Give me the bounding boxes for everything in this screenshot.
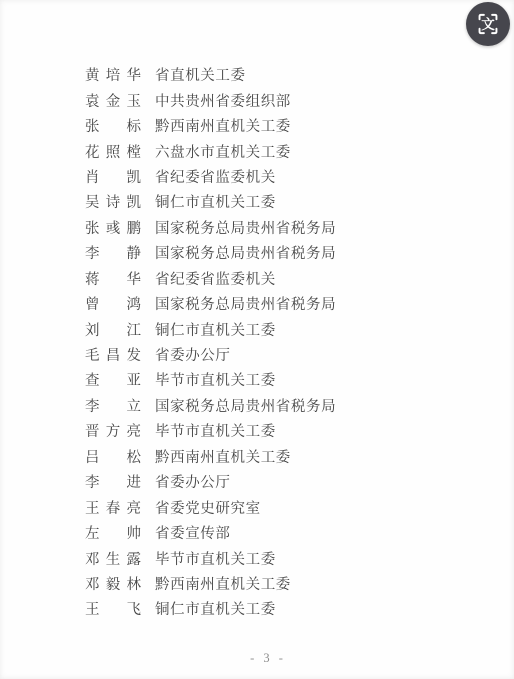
person-name-char: 生 bbox=[106, 548, 121, 569]
person-org: 省直机关工委 bbox=[155, 64, 246, 85]
person-org: 铜仁市直机关工委 bbox=[155, 319, 276, 340]
person-name: 邓生露 bbox=[85, 548, 141, 569]
person-name: 蒋华 bbox=[85, 268, 141, 289]
person-name-char: 亮 bbox=[127, 420, 142, 441]
list-item: 张彧鹏 国家税务总局贵州省税务局 bbox=[85, 215, 504, 240]
list-item: 邓生露 毕节市直机关工委 bbox=[85, 545, 504, 570]
person-name: 李进 bbox=[85, 471, 141, 492]
person-name-char: 毅 bbox=[106, 573, 121, 594]
person-org: 毕节市直机关工委 bbox=[155, 369, 276, 390]
person-name-char: 凯 bbox=[127, 166, 142, 187]
name-list: 黄培华 省直机关工委 袁金玉 中共贵州省委组织部 张标 黔西南州直机关工委 花照… bbox=[85, 62, 504, 622]
person-name-char: 华 bbox=[127, 64, 142, 85]
person-name-char: 亮 bbox=[127, 497, 142, 518]
person-name: 左帅 bbox=[85, 522, 141, 543]
person-name-char: 左 bbox=[85, 522, 100, 543]
person-name-char: 发 bbox=[127, 344, 142, 365]
person-name: 查亚 bbox=[85, 369, 141, 390]
person-name-char: 照 bbox=[106, 141, 121, 162]
person-name-char: 李 bbox=[85, 471, 100, 492]
person-name-char: 邓 bbox=[85, 548, 100, 569]
person-name-char: 松 bbox=[127, 446, 142, 467]
list-item: 李立 国家税务总局贵州省税务局 bbox=[85, 393, 504, 418]
person-name-char: 玉 bbox=[127, 90, 142, 111]
person-org: 省委办公厅 bbox=[155, 344, 231, 365]
person-name: 李立 bbox=[85, 395, 141, 416]
person-name-char: 吕 bbox=[85, 446, 100, 467]
person-name: 刘江 bbox=[85, 319, 141, 340]
person-name-char: 刘 bbox=[85, 319, 100, 340]
person-name-char: 江 bbox=[127, 319, 142, 340]
person-name: 肖凯 bbox=[85, 166, 141, 187]
person-org: 六盘水市直机关工委 bbox=[155, 141, 291, 162]
person-name: 黄培华 bbox=[85, 64, 141, 85]
ocr-text-icon: 文 bbox=[475, 11, 501, 37]
person-name-char: 蒋 bbox=[85, 268, 100, 289]
list-item: 肖凯 省纪委省监委机关 bbox=[85, 164, 504, 189]
person-name-char: 立 bbox=[127, 395, 142, 416]
list-item: 王春亮 省委党史研究室 bbox=[85, 494, 504, 519]
person-name-char: 花 bbox=[85, 141, 100, 162]
list-item: 李静 国家税务总局贵州省税务局 bbox=[85, 240, 504, 265]
person-org: 黔西南州直机关工委 bbox=[155, 446, 291, 467]
person-name-char: 金 bbox=[106, 90, 121, 111]
person-name-char: 毛 bbox=[85, 344, 100, 365]
person-org: 省委办公厅 bbox=[155, 471, 231, 492]
person-org: 毕节市直机关工委 bbox=[155, 420, 276, 441]
page-number: - 3 - bbox=[11, 651, 514, 666]
person-name-char: 鹏 bbox=[127, 217, 142, 238]
document-page: 文 黄培华 省直机关工委 袁金玉 中共贵州省委组织部 张标 黔西南州直机关工委 … bbox=[0, 0, 514, 679]
person-name: 吕松 bbox=[85, 446, 141, 467]
person-name: 李静 bbox=[85, 242, 141, 263]
person-name: 张标 bbox=[85, 115, 141, 136]
person-org: 铜仁市直机关工委 bbox=[155, 191, 276, 212]
list-item: 查亚 毕节市直机关工委 bbox=[85, 367, 504, 392]
person-name-char: 黄 bbox=[85, 64, 100, 85]
person-name-char: 方 bbox=[106, 420, 121, 441]
list-item: 邓毅林 黔西南州直机关工委 bbox=[85, 571, 504, 596]
person-org: 中共贵州省委组织部 bbox=[155, 90, 291, 111]
list-item: 袁金玉 中共贵州省委组织部 bbox=[85, 87, 504, 112]
person-name-char: 凯 bbox=[127, 191, 142, 212]
person-name-char: 邓 bbox=[85, 573, 100, 594]
person-org: 省纪委省监委机关 bbox=[155, 268, 276, 289]
person-name-char: 林 bbox=[127, 573, 142, 594]
person-org: 国家税务总局贵州省税务局 bbox=[155, 242, 336, 263]
person-name-char: 亚 bbox=[127, 369, 142, 390]
list-item: 曾鸿 国家税务总局贵州省税务局 bbox=[85, 291, 504, 316]
person-name-char: 帅 bbox=[127, 522, 142, 543]
person-name-char: 昌 bbox=[106, 344, 121, 365]
person-name: 吴诗凯 bbox=[85, 191, 141, 212]
person-name: 王春亮 bbox=[85, 497, 141, 518]
person-name-char: 进 bbox=[127, 471, 142, 492]
person-name-char: 肖 bbox=[85, 166, 100, 187]
person-org: 国家税务总局贵州省税务局 bbox=[155, 217, 336, 238]
list-item: 晋方亮 毕节市直机关工委 bbox=[85, 418, 504, 443]
person-name-char: 静 bbox=[127, 242, 142, 263]
person-name-char: 袁 bbox=[85, 90, 100, 111]
person-name-char: 曾 bbox=[85, 293, 100, 314]
list-item: 黄培华 省直机关工委 bbox=[85, 62, 504, 87]
person-org: 毕节市直机关工委 bbox=[155, 548, 276, 569]
person-name: 王飞 bbox=[85, 598, 141, 619]
list-item: 左帅 省委宣传部 bbox=[85, 520, 504, 545]
person-name: 张彧鹏 bbox=[85, 217, 141, 238]
person-name-char: 诗 bbox=[106, 191, 121, 212]
extract-text-button[interactable]: 文 bbox=[466, 2, 510, 46]
person-name-char: 樘 bbox=[127, 141, 142, 162]
person-name-char: 鸿 bbox=[127, 293, 142, 314]
person-name-char: 标 bbox=[127, 115, 142, 136]
person-org: 省纪委省监委机关 bbox=[155, 166, 276, 187]
person-org: 省委党史研究室 bbox=[155, 497, 261, 518]
person-name-char: 张 bbox=[85, 115, 100, 136]
list-item: 吴诗凯 铜仁市直机关工委 bbox=[85, 189, 504, 214]
person-name-char: 王 bbox=[85, 497, 100, 518]
person-name: 晋方亮 bbox=[85, 420, 141, 441]
list-item: 毛昌发 省委办公厅 bbox=[85, 342, 504, 367]
person-name-char: 晋 bbox=[85, 420, 100, 441]
person-name-char: 李 bbox=[85, 395, 100, 416]
list-item: 王飞 铜仁市直机关工委 bbox=[85, 596, 504, 621]
person-name-char: 露 bbox=[127, 548, 142, 569]
person-org: 黔西南州直机关工委 bbox=[155, 115, 291, 136]
person-org: 铜仁市直机关工委 bbox=[155, 598, 276, 619]
person-name-char: 李 bbox=[85, 242, 100, 263]
person-name-char: 华 bbox=[127, 268, 142, 289]
person-org: 国家税务总局贵州省税务局 bbox=[155, 395, 336, 416]
list-item: 蒋华 省纪委省监委机关 bbox=[85, 266, 504, 291]
person-name-char: 培 bbox=[106, 64, 121, 85]
list-item: 花照樘 六盘水市直机关工委 bbox=[85, 138, 504, 163]
person-name-char: 春 bbox=[106, 497, 121, 518]
list-item: 刘江 铜仁市直机关工委 bbox=[85, 316, 504, 341]
person-name: 袁金玉 bbox=[85, 90, 141, 111]
person-name-char: 彧 bbox=[106, 217, 121, 238]
person-name: 毛昌发 bbox=[85, 344, 141, 365]
person-name-char: 吴 bbox=[85, 191, 100, 212]
person-name: 花照樘 bbox=[85, 141, 141, 162]
list-item: 吕松 黔西南州直机关工委 bbox=[85, 444, 504, 469]
svg-text:文: 文 bbox=[481, 16, 495, 32]
person-name: 曾鸿 bbox=[85, 293, 141, 314]
list-item: 张标 黔西南州直机关工委 bbox=[85, 113, 504, 138]
person-org: 省委宣传部 bbox=[155, 522, 231, 543]
person-name: 邓毅林 bbox=[85, 573, 141, 594]
person-name-char: 飞 bbox=[127, 598, 142, 619]
person-org: 国家税务总局贵州省税务局 bbox=[155, 293, 336, 314]
person-name-char: 张 bbox=[85, 217, 100, 238]
person-name-char: 王 bbox=[85, 598, 100, 619]
person-name-char: 查 bbox=[85, 369, 100, 390]
list-item: 李进 省委办公厅 bbox=[85, 469, 504, 494]
person-org: 黔西南州直机关工委 bbox=[155, 573, 291, 594]
